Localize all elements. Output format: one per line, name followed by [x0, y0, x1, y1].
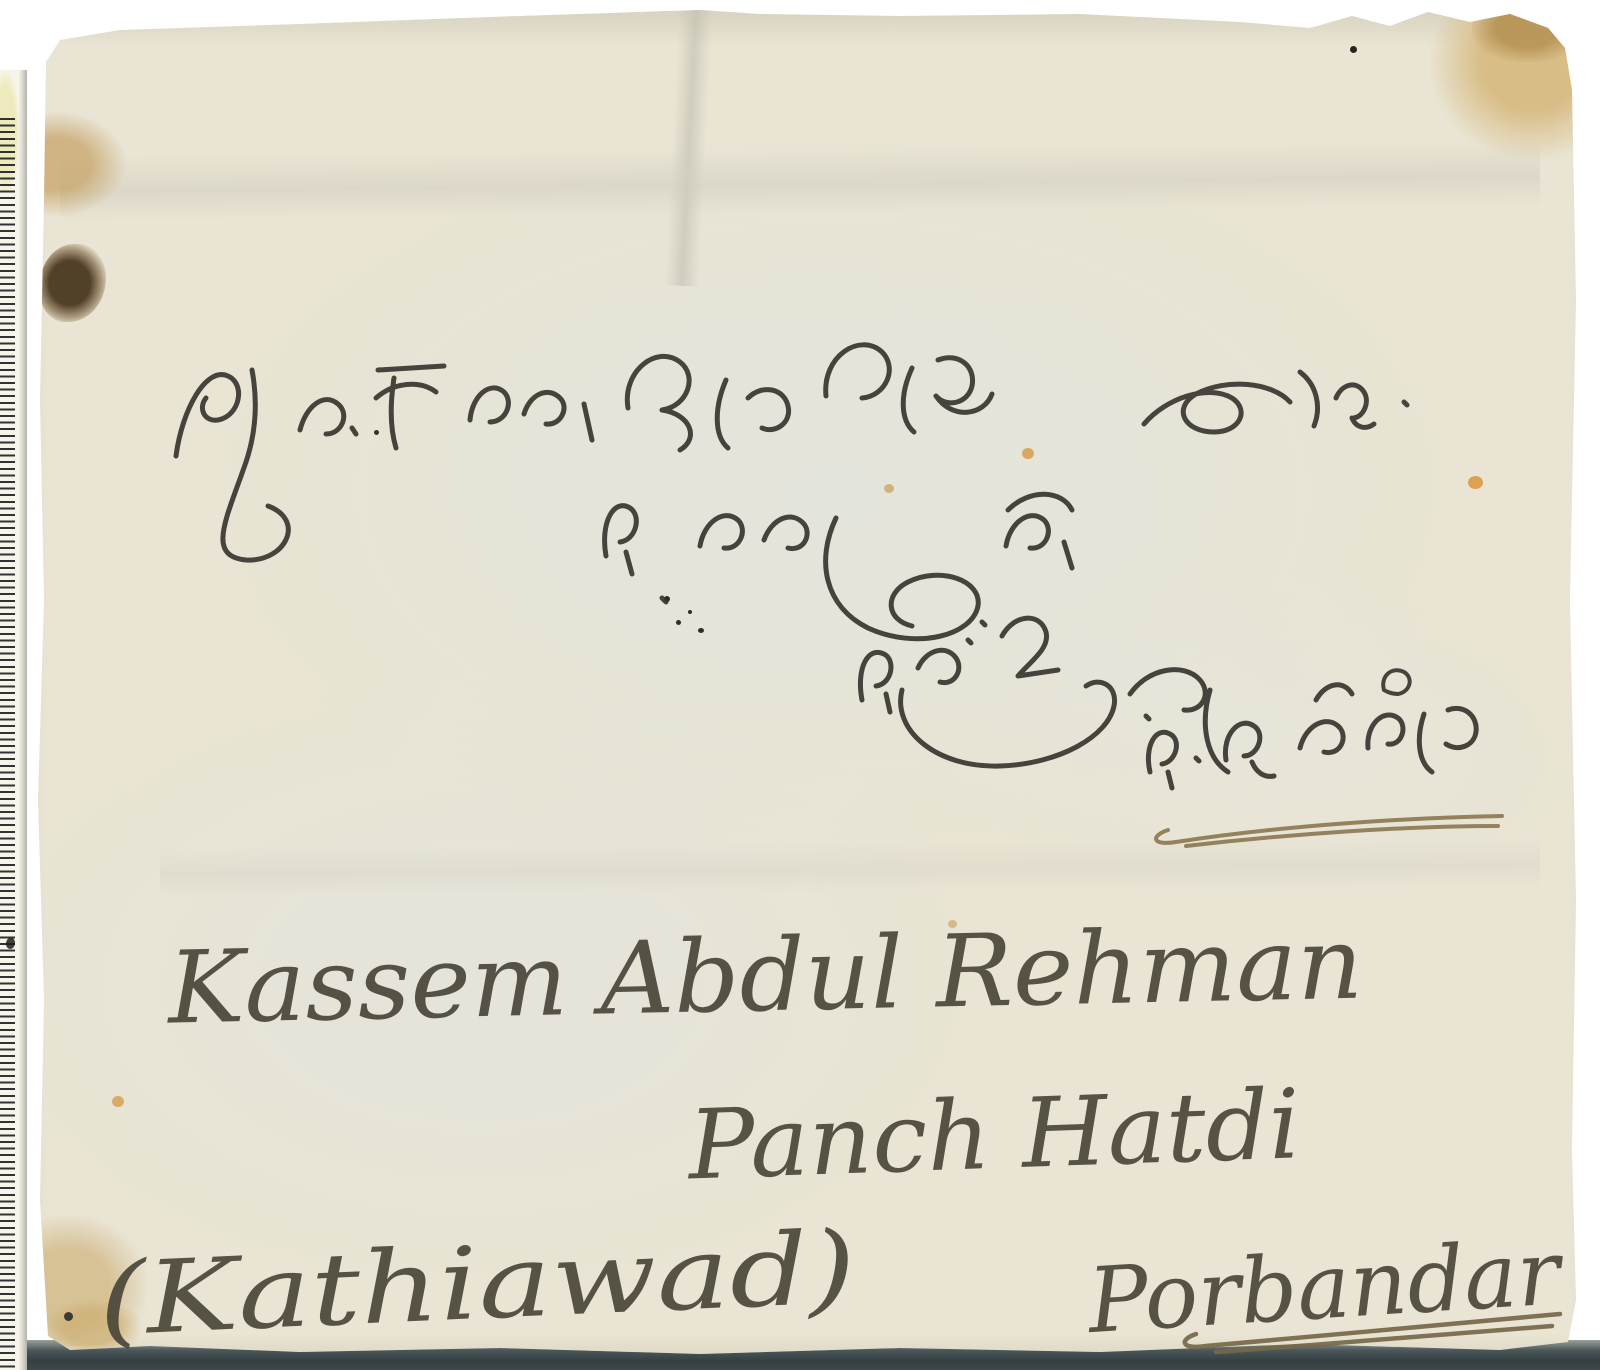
gujarati-line-2 — [605, 494, 1072, 639]
address-line-region: (Kathiawad) — [96, 1209, 858, 1359]
handwriting-layer: Kassem Abdul Rehman Panch Hatdi (Kathiaw… — [0, 0, 1600, 1370]
scanned-envelope-photo: Kassem Abdul Rehman Panch Hatdi (Kathiaw… — [0, 0, 1600, 1370]
gujarati-line-4 — [1148, 670, 1476, 788]
address-line-street: Panch Hatdi — [684, 1068, 1302, 1201]
gujarati-line-1 — [176, 345, 1407, 560]
underline-gujarati-city — [1156, 816, 1502, 846]
address-line-name: Kassem Abdul Rehman — [165, 905, 1364, 1047]
gujarati-line-3 — [860, 618, 1228, 772]
